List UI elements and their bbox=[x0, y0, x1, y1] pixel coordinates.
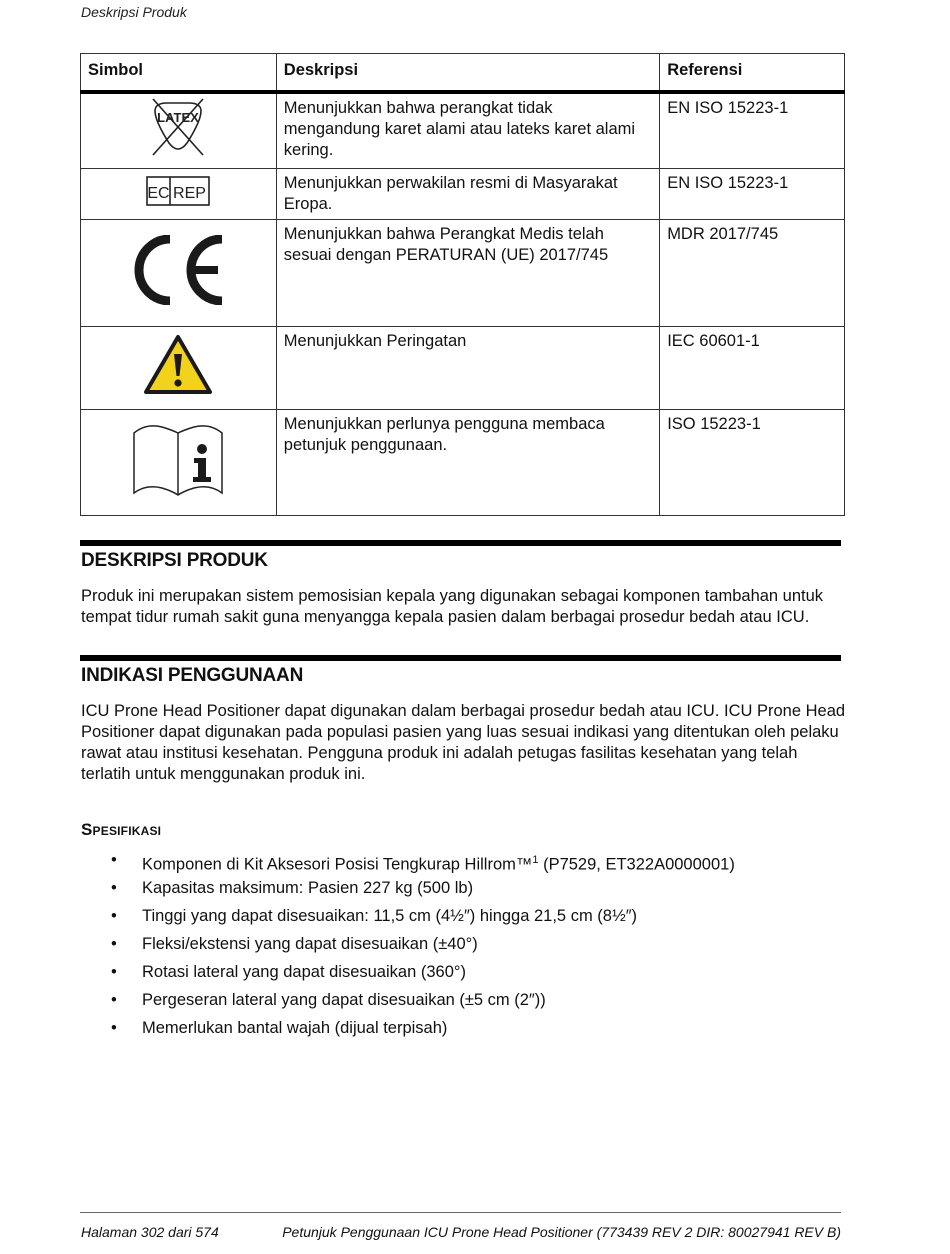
section-rule bbox=[80, 540, 841, 546]
ce-mark-icon bbox=[130, 235, 226, 305]
description-cell: Menunjukkan Peringatan bbox=[276, 327, 659, 410]
header-symbol: Simbol bbox=[81, 54, 277, 93]
reference-cell: MDR 2017/745 bbox=[660, 220, 845, 327]
header-description: Deskripsi bbox=[276, 54, 659, 93]
section-body-indications: ICU Prone Head Positioner dapat digunaka… bbox=[81, 701, 851, 785]
table-row: LATEX Menunjukkan bahwa perangkat tidak … bbox=[81, 92, 845, 169]
header-reference: Referensi bbox=[660, 54, 845, 93]
description-cell: Menunjukkan bahwa Perangkat Medis telah … bbox=[276, 220, 659, 327]
reference-cell: EN ISO 15223-1 bbox=[660, 169, 845, 220]
specifications-list: •Komponen di Kit Aksesori Posisi Tengkur… bbox=[81, 848, 735, 1044]
description-cell: Menunjukkan perlunya pengguna membaca pe… bbox=[276, 410, 659, 516]
section-title-description: DESKRIPSI PRODUK bbox=[81, 550, 268, 572]
svg-text:REP: REP bbox=[173, 185, 206, 202]
section-title-specifications: Spesifikasi bbox=[81, 820, 161, 840]
symbol-cell: EC REP bbox=[81, 169, 277, 220]
list-item: •Tinggi yang dapat disesuaikan: 11,5 cm … bbox=[81, 904, 735, 932]
symbol-table: Simbol Deskripsi Referensi LATEX Menunju… bbox=[80, 53, 845, 516]
symbol-cell bbox=[81, 220, 277, 327]
list-item: •Fleksi/ekstensi yang dapat disesuaikan … bbox=[81, 932, 735, 960]
reference-cell: EN ISO 15223-1 bbox=[660, 92, 845, 169]
footer-page-number: Halaman 302 dari 574 bbox=[81, 1224, 219, 1240]
section-title-indications: INDIKASI PENGGUNAAN bbox=[81, 665, 303, 687]
ec-rep-icon: EC REP bbox=[146, 175, 210, 207]
symbol-cell bbox=[81, 327, 277, 410]
table-row: Menunjukkan Peringatan IEC 60601-1 bbox=[81, 327, 845, 410]
table-header-row: Simbol Deskripsi Referensi bbox=[81, 54, 845, 93]
svg-text:LATEX: LATEX bbox=[158, 110, 200, 125]
footer-document-title: Petunjuk Penggunaan ICU Prone Head Posit… bbox=[282, 1224, 841, 1240]
table-row: EC REP Menunjukkan perwakilan resmi di M… bbox=[81, 169, 845, 220]
svg-text:EC: EC bbox=[148, 185, 170, 202]
warning-icon bbox=[143, 334, 213, 396]
reference-cell: IEC 60601-1 bbox=[660, 327, 845, 410]
instructions-book-icon bbox=[132, 421, 224, 499]
description-cell: Menunjukkan perwakilan resmi di Masyarak… bbox=[276, 169, 659, 220]
section-body-description: Produk ini merupakan sistem pemosisian k… bbox=[81, 586, 851, 628]
list-item: •Rotasi lateral yang dapat disesuaikan (… bbox=[81, 960, 735, 988]
table-row: Menunjukkan bahwa Perangkat Medis telah … bbox=[81, 220, 845, 327]
table-row: Menunjukkan perlunya pengguna membaca pe… bbox=[81, 410, 845, 516]
symbol-cell bbox=[81, 410, 277, 516]
list-item: •Pergeseran lateral yang dapat disesuaik… bbox=[81, 988, 735, 1016]
list-item: •Komponen di Kit Aksesori Posisi Tengkur… bbox=[81, 848, 735, 876]
list-item: •Kapasitas maksimum: Pasien 227 kg (500 … bbox=[81, 876, 735, 904]
section-rule bbox=[80, 655, 841, 661]
latex-free-icon: LATEX bbox=[147, 97, 209, 159]
description-cell: Menunjukkan bahwa perangkat tidak mengan… bbox=[276, 92, 659, 169]
running-head: Deskripsi Produk bbox=[81, 4, 187, 20]
footer-rule bbox=[80, 1212, 841, 1213]
list-item: •Memerlukan bantal wajah (dijual terpisa… bbox=[81, 1016, 735, 1044]
reference-cell: ISO 15223-1 bbox=[660, 410, 845, 516]
symbol-cell: LATEX bbox=[81, 92, 277, 169]
